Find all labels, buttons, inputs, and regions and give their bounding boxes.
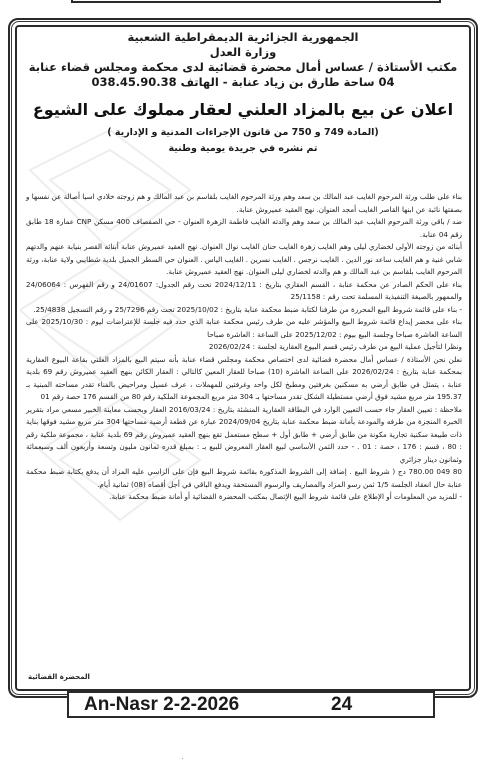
page-number: 24	[331, 694, 352, 716]
paragraph-note-property: ملاحظة : تعيين العقار جاء حسب التعيين ال…	[26, 404, 462, 467]
top-frame-tab	[71, 0, 441, 3]
footer-publication-box: An-Nasr 2-2-2026 24	[67, 691, 435, 718]
office-address-phone: 04 ساحة طارق بن زياد عنابة - الهاتف 038.…	[22, 75, 464, 90]
paragraph-announcement: نعلن نحن الأستاذة / عساس أمال محضرة قضائ…	[26, 354, 462, 404]
paragraph-against: ضد / باقي ورثة المرحوم الغايب عبد المالك…	[26, 216, 462, 241]
scan-speck	[182, 758, 183, 759]
paragraph-deposit-report: بناء على محضر إيداع قائمة شروط البيع وال…	[26, 316, 462, 341]
notice-title: اعلان عن بيع بالمزاد العلني لعقار مملوك …	[22, 100, 464, 120]
notice-header: الجمهورية الجزائرية الديمقراطية الشعبية …	[22, 30, 464, 155]
publication-note: تم نشره في جريدة يومية وطنية	[22, 142, 464, 155]
ministry-name: وزارة العدل	[22, 45, 464, 60]
legal-reference: (المادة 749 و 750 من قانون الإجراءات الم…	[22, 126, 464, 139]
republic-name: الجمهورية الجزائرية الديمقراطية الشعبية	[22, 30, 464, 45]
notice-body: بناء على طلب ورثة المرحوم الغايب عبد الم…	[26, 191, 462, 504]
paragraph-heirs: أبنائه من زوجته الأولى لخضاري ليلى وهم ا…	[26, 241, 462, 279]
paragraph-applicants: بناء على طلب ورثة المرحوم الغايب عبد الم…	[26, 191, 462, 216]
paragraph-postponement: ونظرا لتأجيل عملية البيع من طرف رئيس قسم…	[26, 341, 462, 354]
signature: المحضرة القضائية	[28, 673, 90, 681]
paragraph-judgment: بناء على الحكم الصادر عن محكمة عنابة ، ا…	[26, 279, 462, 304]
paragraph-conditions-list: - بناء على قائمة شروط البيع المحررة من ط…	[26, 304, 462, 317]
paragraph-price-terms: 80 049 780.00 دج ( شروط البيع . إضافة إل…	[26, 466, 462, 491]
paragraph-more-info: - للمزيد من المعلومات أو الإطلاع على قائ…	[26, 491, 462, 504]
bailiff-office: مكتب الأستاذة / عساس أمال محضرة قضائية ل…	[22, 60, 464, 75]
publication-date: An-Nasr 2-2-2026	[84, 694, 239, 716]
